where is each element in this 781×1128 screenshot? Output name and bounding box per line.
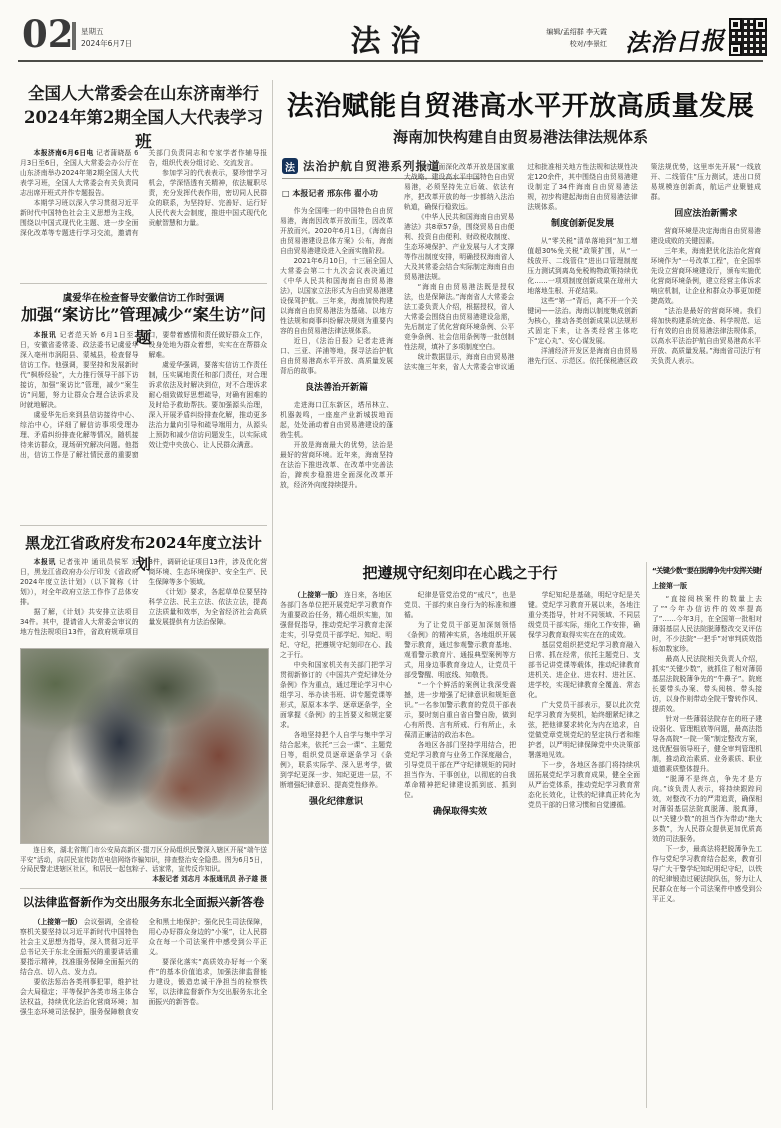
body-paragraph: 各地区各部门坚持学用结合，把党纪学习教育与业务工作深度融合，引导党员干部在严守纪… — [404, 740, 516, 800]
qr-eye-icon — [754, 18, 767, 31]
body-paragraph: （上接第一版） 会议强调，全省检察机关要坚持以习近平新时代中国特色社会主义思想为… — [20, 917, 139, 977]
body-paragraph: 海南全面深化改革开放是国家重大战略。建设高水平中国特色自由贸易港，必须坚持先立后… — [404, 162, 514, 212]
body-paragraph: 虞爱华强调，要落实信访工作责任制，压实属地责任和部门责任，对合理诉求依法及时解决… — [149, 360, 268, 450]
body-paragraph: 三年来，海南把优化法治化营商环境作为“一号改革工程”，在全国率先设立营商环境建设… — [651, 246, 761, 306]
main-subhead: 海南加快构建自由贸易港法律法规体系 — [280, 126, 761, 147]
body-paragraph: “法治是最好的营商环境。我们将加快构建系统完备、科学规范、运行有效的自由贸易港法… — [651, 306, 761, 366]
article-procuratorate-headline: 以法律监督新作为交出服务东北全面振兴新答卷 — [20, 894, 267, 910]
body-paragraph: “脱薄不是终点，争先才是方向。”该负责人表示，将持续跟踪问效，对整改不力的严肃追… — [652, 774, 762, 844]
divider — [20, 525, 267, 526]
body-paragraph: 本报讯 记者张冲 通讯员侯军 近日，黑龙江省政府办公厅印发《省政府2024年度立… — [20, 557, 139, 607]
body-paragraph: “海南自由贸易港法既是授权法，也是保障法。”海南省人大常委会法工委负责人介绍，根… — [404, 282, 514, 352]
body-paragraph: 近日，《法治日报》记者走进海口、三亚、洋浦等地，探寻法治护航自由贸易港高水平开放… — [280, 336, 393, 376]
article-legislation-body: 本报讯 记者张冲 通讯员侯军 近日，黑龙江省政府办公厅印发《省政府2024年度立… — [20, 557, 267, 643]
body-paragraph: 基层党组织把党纪学习教育融入日常、抓在经常，依托主题党日、支部书记讲党课等载体，… — [528, 640, 640, 700]
article-procuratorate-body: （上接第一版） 会议强调，全省检察机关要坚持以习近平新时代中国特色社会主义思想为… — [20, 917, 267, 1107]
qr-eye-icon — [729, 18, 742, 31]
proofreader-line: 校对/李景红 — [546, 39, 607, 51]
article-xinfang-body: 本报讯 记者范天娇 6月1日至2日，安徽省委常委、政法委书记虞爱华深入亳州市涡阳… — [20, 330, 267, 518]
main-byline: □ 本报记者 邢东伟 翟小功 — [282, 188, 378, 199]
body-paragraph: “直接阅核案件的数量上去了”“今年办信访件的效率提高了”……今年3月，在全国第一… — [652, 594, 762, 654]
photo-credit: 本报记者 刘志月 本报通讯员 孙子雄 摄 — [20, 873, 267, 883]
discipline-body: （上接第一版） 连日来，各地区各部门各单位把开展党纪学习教育作为重要政治任务，精… — [280, 590, 640, 1108]
editors-block: 编辑/孟绍群 李天霞 校对/李景红 — [546, 27, 607, 51]
qr-eye-icon — [729, 43, 742, 56]
court-headline: “关键少数”要在脱薄争先中发挥关键作用 — [652, 566, 762, 576]
body-subhead: 制度创新促发展 — [527, 218, 637, 230]
main-body-column1: 作为全国唯一的中国特色自由贸易港，海南因改革开放而生，因改革开放而兴。2020年… — [280, 206, 393, 550]
body-paragraph: 中央和国家机关有关部门把学习贯彻新修订的《中国共产党纪律处分条例》作为重点，通过… — [280, 660, 392, 730]
body-paragraph: 要深化落实“高质效办好每一个案件”的基本价值追求，加强法律监督能力建设，锻造忠诚… — [149, 957, 268, 1007]
article-npc-class-body: 本报济南6月6日电 记者蒲晓磊 6月3日至6日，全国人大常委会办公厅在山东济南举… — [20, 148, 267, 276]
main-headline: 法治赋能自贸港高水平开放高质量发展 — [280, 84, 761, 123]
column-rule — [272, 80, 273, 1110]
body-paragraph: 营商环境是决定海南自由贸易港建设成败的关键因素。 — [651, 226, 761, 246]
main-body-columns: 海南全面深化改革开放是国家重大战略。建设高水平中国特色自由贸易港，必须坚持先立后… — [404, 162, 761, 550]
body-paragraph: 本报讯 记者范天娇 6月1日至2日，安徽省委常委、政法委书记虞爱华深入亳州市涡阳… — [20, 330, 139, 410]
body-paragraph: 纪律是管党治党的“戒尺”，也是党员、干部约束自身行为的标准和遵循。 — [404, 590, 516, 620]
divider — [20, 888, 267, 889]
body-paragraph: 2021年6月10日，十三届全国人大常委会第二十九次会议表决通过《中华人民共和国… — [280, 256, 393, 336]
discipline-headline: 把遵规守纪刻印在心践之于行 — [280, 562, 640, 583]
divider — [20, 283, 267, 284]
body-paragraph: 开放是海南最大的优势，法治是最好的营商环境。近年来，海南坚持在法治下推进改革、在… — [280, 440, 393, 490]
masthead-logo: 法治日报 — [625, 21, 726, 59]
body-paragraph: 参加学习的代表表示，要珍惜学习机会，学深悟透有关精神，依法履职尽责，充分发挥代表… — [149, 168, 268, 228]
body-subhead: 确保取得实效 — [404, 806, 516, 818]
body-paragraph: 这些“第一”背后，离不开一个关键词——法治。海南以制度集成创新为核心，推动各类创… — [527, 296, 637, 346]
column-rule — [646, 562, 647, 1108]
header-rule — [18, 60, 763, 62]
body-paragraph: 作为全国唯一的中国特色自由贸易港，海南因改革开放而生，因改革开放而兴。2020年… — [280, 206, 393, 256]
body-paragraph: 下一步，各地区各部门将持续巩固拓展党纪学习教育成果，健全全面从严治党体系，推动党… — [528, 760, 640, 810]
series-logo-icon: 法 — [282, 158, 298, 174]
body-subhead: 良法善治开新篇 — [280, 382, 393, 394]
body-paragraph: 广大党员干部表示，要以此次党纪学习教育为契机，始终绷紧纪律之弦，把他律要求转化为… — [528, 700, 640, 760]
body-paragraph: 从“零关税”清单落地到“加工增值超30%免关税”政策扩围，从“一线放开、二线管住… — [527, 236, 637, 296]
article-npc-class-headline: 全国人大常委会在山东济南举行 2024年第2期全国人大代表学习班 — [20, 82, 267, 154]
photo-caption: 连日来，湖北省荆门市公安局高新区·掇刀区分局组织民警深入辖区开展“端午送平安”活… — [20, 846, 267, 875]
body-paragraph: 下一步，最高法将把脱薄争先工作与党纪学习教育结合起来，教育引导广大干警学纪知纪明… — [652, 844, 762, 904]
body-paragraph: 最高人民法院相关负责人介绍，抓实“关键少数”，就抓住了相对薄弱基层法院脱薄争先的… — [652, 654, 762, 714]
body-paragraph: “一个个鲜活的案例让我深受震撼，进一步增强了纪律意识和规矩意识。”一名参加警示教… — [404, 680, 516, 740]
qr-code-icon — [729, 18, 767, 56]
body-subhead: 回应法治新需求 — [651, 208, 761, 220]
body-paragraph: 《中华人民共和国海南自由贸易港法》共8章57条，围绕贸易自由便利、投资自由便利、… — [404, 212, 514, 282]
body-paragraph: 本报济南6月6日电 记者蒲晓磊 6月3日至6日，全国人大常委会办公厅在山东济南举… — [20, 148, 139, 198]
court-continued-tag: 上接第一版 — [652, 581, 762, 591]
newspaper-page: 02 星期五 2024年6月7日 法治 编辑/孟绍群 李天霞 校对/李景红 法治… — [0, 0, 781, 1128]
body-paragraph: 走进海口江东新区，塔吊林立、机器轰鸣，一座座产业新城拔地而起，处处涌动着自由贸易… — [280, 400, 393, 440]
body-paragraph: 《计划》要求，各起草单位要坚持科学立法、民主立法、依法立法，提高立法质量和效率，… — [149, 587, 268, 627]
body-subhead: 强化纪律意识 — [280, 796, 392, 808]
body-paragraph: 针对一些薄弱法院存在的班子建设弱化、管理粗放等问题，最高法指导各高院“一院一策”… — [652, 714, 762, 774]
body-paragraph: 各地坚持把个人自学与集中学习结合起来，依托“三会一课”、主题党日等，组织党员逐章… — [280, 730, 392, 790]
court-body: “直接阅核案件的数量上去了”“今年办信访件的效率提高了”……今年3月，在全国第一… — [652, 594, 762, 1108]
body-paragraph: （上接第一版） 连日来，各地区各部门各单位把开展党纪学习教育作为重要政治任务，精… — [280, 590, 392, 660]
editors-line: 编辑/孟绍群 李天霞 — [546, 27, 607, 39]
body-paragraph: 学纪知纪是基础，明纪守纪是关键。党纪学习教育开展以来，各地注重分类指导，针对不同… — [528, 590, 640, 640]
body-paragraph: 为了让党员干部更加深刻领悟《条例》的精神实质，各地组织开展警示教育，通过参观警示… — [404, 620, 516, 680]
news-photo — [20, 648, 269, 844]
